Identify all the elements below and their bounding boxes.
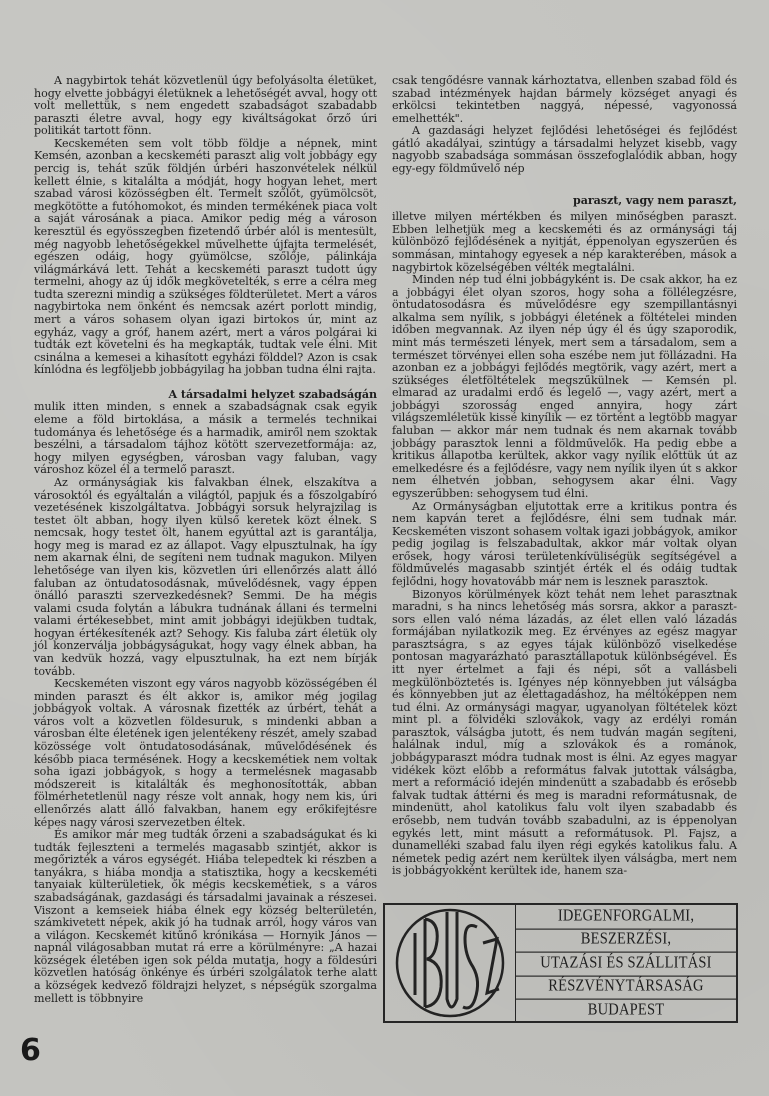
right-column: csak tengődésre vannak kárhoztatva, elle…	[392, 75, 737, 878]
paragraph: mulik itten minden, s ennek a szabadságn…	[34, 401, 377, 476]
section-heading: paraszt, vagy nem paraszt,	[392, 195, 737, 208]
paragraph: Kecskeméten viszont egy város nagyobb kö…	[34, 678, 377, 829]
paragraph: Az ormányságiak kis falvakban élnek, els…	[34, 477, 377, 678]
paragraph: A gazdasági helyzet fejlődési lehetősége…	[392, 125, 737, 175]
paragraph: Az Ormányságban eljutottak erre a kritik…	[392, 501, 737, 589]
ibusz-logo-icon	[385, 905, 516, 1021]
paragraph: illetve milyen mértékben és milyen minős…	[392, 211, 737, 274]
ibusz-advertisement: IDEGENFORGALMI, BESZERZÉSI, UTAZÁSI ÉS S…	[383, 903, 738, 1023]
ad-line: BUDAPEST	[516, 997, 736, 1023]
paragraph: Bizonyos körülmények közt tehát nem lehe…	[392, 589, 737, 878]
paragraph: A nagybirtok tehát közvetlenül úgy befol…	[34, 75, 377, 138]
paragraph: csak tengődésre vannak kárhoztatva, elle…	[392, 75, 737, 125]
ad-text-block: IDEGENFORGALMI, BESZERZÉSI, UTAZÁSI ÉS S…	[516, 905, 736, 1021]
left-column: A nagybirtok tehát közvetlenül úgy befol…	[34, 75, 377, 1005]
paragraph: Kecskeméten sem volt több földje a népne…	[34, 138, 377, 377]
page-number: 6	[20, 1033, 41, 1068]
paragraph: És amikor már meg tudták őrzeni a szabad…	[34, 829, 377, 1005]
paragraph: Minden nép tud élni jobbágyként is. De c…	[392, 274, 737, 500]
